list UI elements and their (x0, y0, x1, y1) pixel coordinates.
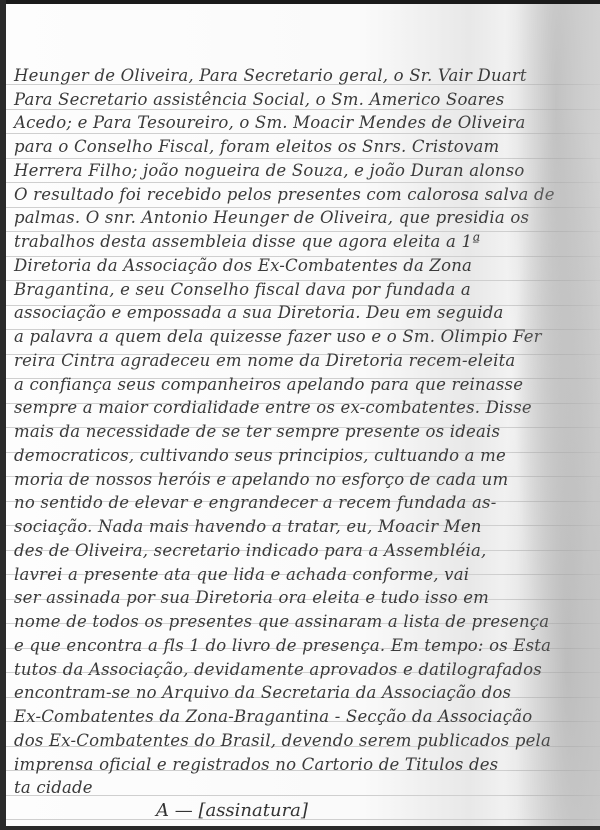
ruled-line (6, 158, 600, 159)
text-line: O resultado foi recebido pelos presentes… (14, 185, 555, 204)
ruled-line (6, 795, 600, 796)
text-line: Acedo; e Para Tesoureiro, o Sm. Moacir M… (14, 113, 526, 132)
text-line: Herrera Filho; joão nogueira de Souza, e… (14, 161, 525, 180)
text-line: Heunger de Oliveira, Para Secretario ger… (14, 66, 527, 85)
signature: A — [assinatura] (156, 800, 308, 821)
text-line: trabalhos desta assembleia disse que ago… (14, 232, 480, 251)
text-line: nome de todos os presentes que assinaram… (14, 612, 549, 631)
scan-bottom-edge (0, 826, 600, 830)
text-line: associação e empossada a sua Diretoria. … (14, 303, 504, 322)
text-line: Para Secretario assistência Social, o Sm… (14, 90, 504, 109)
text-line: dos Ex-Combatentes do Brasil, devendo se… (14, 731, 551, 750)
text-line: Ex-Combatentes da Zona-Bragantina - Secç… (14, 707, 532, 726)
text-line: sociação. Nada mais havendo a tratar, eu… (14, 517, 482, 536)
text-line: tutos da Associação, devidamente aprovad… (14, 660, 542, 679)
text-line: ta cidade (14, 778, 93, 797)
text-line: reira Cintra agradeceu em nome da Direto… (14, 351, 515, 370)
text-line: e que encontra a fls 1 do livro de prese… (14, 636, 551, 655)
ruled-line (6, 182, 600, 183)
text-line: encontram-se no Arquivo da Secretaria da… (14, 683, 511, 702)
ledger-page: Heunger de Oliveira, Para Secretario ger… (6, 4, 600, 826)
text-line: ser assinada por sua Diretoria ora eleit… (14, 588, 489, 607)
text-line: Diretoria da Associação dos Ex-Combatent… (14, 256, 472, 275)
text-line: sempre a maior cordialidade entre os ex-… (14, 398, 532, 417)
text-line: a palavra a quem dela quizesse fazer uso… (14, 327, 542, 346)
text-line: a confiança seus companheiros apelando p… (14, 375, 523, 394)
text-line: lavrei a presente ata que lida e achada … (14, 565, 469, 584)
text-line: no sentido de elevar e engrandecer a rec… (14, 493, 496, 512)
text-line: mais da necessidade de se ter sempre pre… (14, 422, 500, 441)
text-line: Bragantina, e seu Conselho fiscal dava p… (14, 280, 471, 299)
text-line: democraticos, cultivando seus principios… (14, 446, 506, 465)
text-line: moria de nossos heróis e apelando no esf… (14, 470, 508, 489)
text-line: para o Conselho Fiscal, foram eleitos os… (14, 137, 499, 156)
ruled-line (6, 133, 600, 134)
text-line: imprensa oficial e registrados no Cartor… (14, 755, 498, 774)
text-line: palmas. O snr. Antonio Heunger de Olivei… (14, 208, 529, 227)
text-line: des de Oliveira, secretario indicado par… (14, 541, 486, 560)
ruled-line (6, 109, 600, 110)
